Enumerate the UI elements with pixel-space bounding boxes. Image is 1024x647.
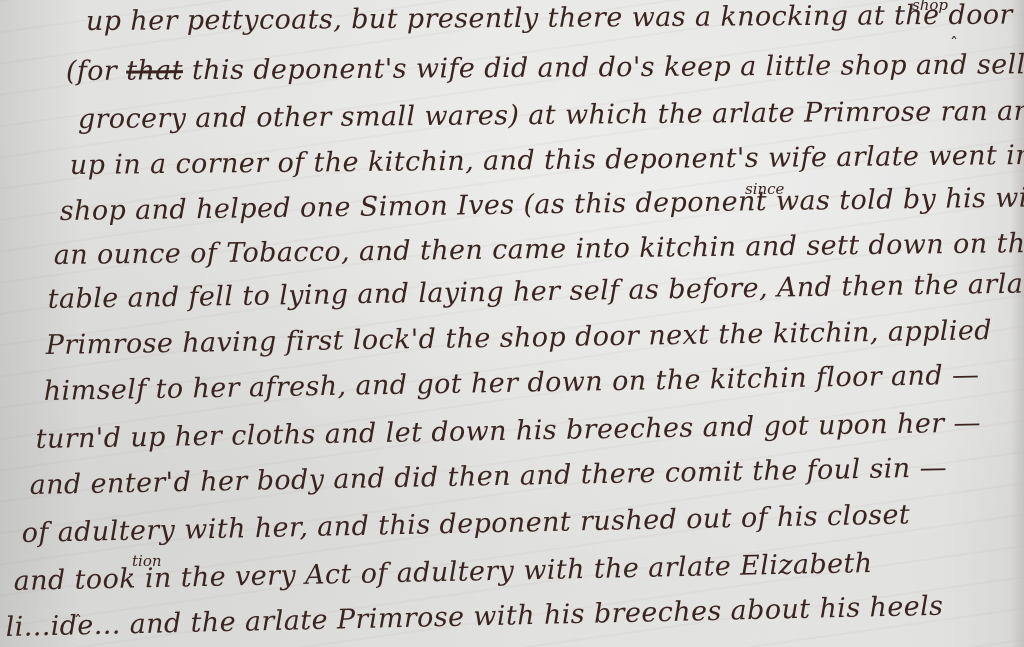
manuscript-line-5: shop and helped one Simon Ives (as this … (60, 181, 1024, 227)
manuscript-line-6: an ounce of Tobacco, and then came into … (54, 227, 1024, 271)
manuscript-line-7: table and fell to lying and laying her s… (48, 268, 1024, 315)
manuscript-line-2: (for that this deponent's wife did and d… (66, 49, 1024, 87)
manuscript-line-14: li...ide... and the arlate Primrose with… (5, 591, 943, 643)
line-text: (for (66, 56, 126, 87)
line-text: this deponent's wife did and do's keep a… (183, 49, 1024, 86)
manuscript-line-8: Primrose having first lock'd the shop do… (46, 315, 993, 361)
struck-word: that (126, 55, 183, 86)
manuscript-line-12: of adultery with her, and this deponent … (21, 499, 910, 549)
manuscript-line-3: grocery and other small wares) at which … (78, 94, 1024, 135)
manuscript-page: shop up her pettycoats, but presently th… (0, 0, 1024, 647)
manuscript-line-9: himself to her afresh, and got her down … (43, 360, 979, 407)
manuscript-line-10: turn'd up her cloths and let down his br… (35, 408, 981, 455)
manuscript-line-4: up in a corner of the kitchin, and this … (70, 139, 1024, 181)
manuscript-line-1: up her pettycoats, but presently there w… (86, 0, 1013, 37)
manuscript-line-11: and enter'd her body and did then and th… (29, 452, 947, 501)
insertion-caret: ˆ (950, 34, 958, 53)
